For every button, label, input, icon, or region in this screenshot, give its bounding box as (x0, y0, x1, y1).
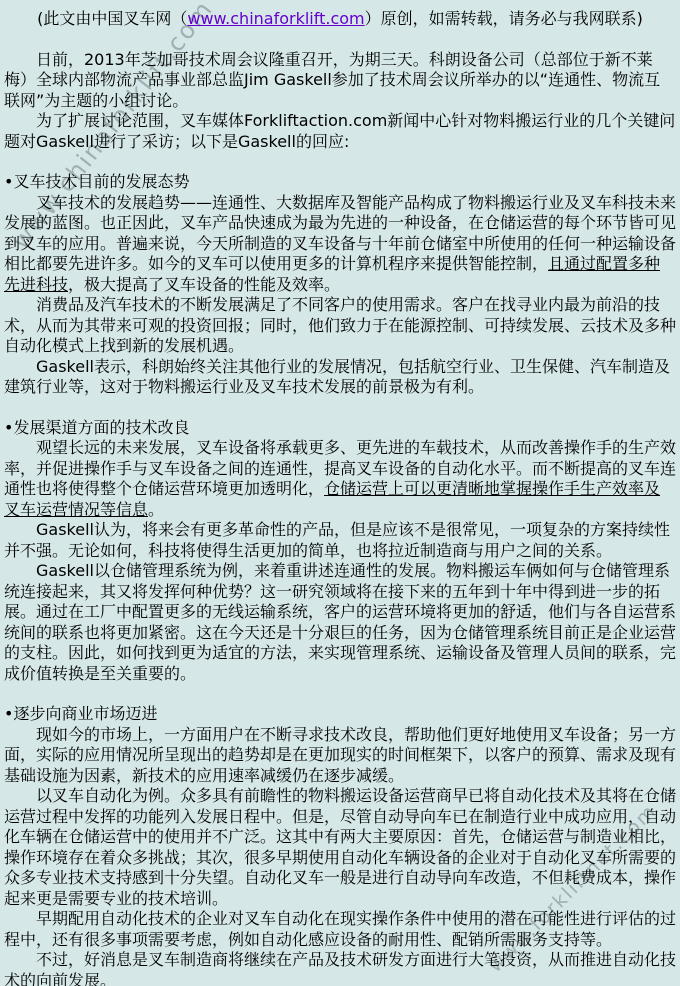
document-page: www.chinaforklift.com www.forkliftnet.co… (0, 0, 680, 986)
article-section: •叉车技术目前的发展态势叉车技术的发展趋势——连通性、大数据库及智能产品构成了物… (4, 172, 676, 398)
attribution-prefix: (此文由中国叉车网（ (37, 9, 187, 28)
article-section: •逐步向商业市场迈进现如今的市场上，一方面用户在不断寻求技术改良，帮助他们更好地… (4, 704, 676, 986)
text-segment: 日前，2013年芝加哥技术周会议隆重召开，为期三天。科朗设备公司（总部位于新不莱… (4, 50, 660, 110)
text-segment: 消费品及汽车技术的不断发展满足了不同客户的使用需求。客户在找寻业内最为前沿的技术… (4, 295, 676, 355)
paragraph: 观望长远的未来发展，叉车设备将承载更多、更先进的车载技术，从而改善操作手的生产效… (4, 438, 676, 520)
text-segment: 不过，好消息是叉车制造商将继续在产品及技术研发方面进行大笔投资，从而推进自动化技… (4, 950, 676, 986)
article-section: 日前，2013年芝加哥技术周会议隆重召开，为期三天。科朗设备公司（总部位于新不莱… (4, 50, 676, 153)
text-segment: 以叉车自动化为例。众多具有前瞻性的物料搬运设备运营商早已将自动化技术及其将在仓储… (4, 786, 676, 908)
site-link[interactable]: www.chinaforklift.com (187, 9, 364, 28)
text-segment: Gaskell表示，科朗始终关注其他行业的发展情况，包括航空行业、卫生保健、汽车… (4, 357, 670, 397)
paragraph: Gaskell认为，将来会有更多革命性的产品，但是应该不是很常见，一项复杂的方案… (4, 520, 676, 561)
paragraph: Gaskell表示，科朗始终关注其他行业的发展情况，包括航空行业、卫生保健、汽车… (4, 357, 676, 398)
paragraph: 日前，2013年芝加哥技术周会议隆重召开，为期三天。科朗设备公司（总部位于新不莱… (4, 50, 676, 112)
section-heading: •逐步向商业市场迈进 (4, 704, 676, 725)
text-segment: 现如今的市场上，一方面用户在不断寻求技术改良，帮助他们更好地使用叉车设备；另一方… (4, 725, 676, 785)
paragraph: 以叉车自动化为例。众多具有前瞻性的物料搬运设备运营商早已将自动化技术及其将在仓储… (4, 786, 676, 909)
text-segment: 。 (148, 500, 164, 519)
paragraph: 消费品及汽车技术的不断发展满足了不同客户的使用需求。客户在找寻业内最为前沿的技术… (4, 295, 676, 357)
article-section: •发展渠道方面的技术改良观望长远的未来发展，叉车设备将承载更多、更先进的车载技术… (4, 418, 676, 685)
text-segment: Gaskell以仓储管理系统为例，来着重讲述连通性的发展。物料搬运车俩如何与仓储… (4, 561, 676, 683)
text-segment: 为了扩展讨论范围，叉车媒体Forkliftaction.com新闻中心针对物料搬… (4, 111, 675, 151)
article-content: (此文由中国叉车网（www.chinaforklift.com）原创，如需转载，… (0, 0, 680, 986)
attribution-suffix: ）原创，如需转载，请务必与我网联系) (365, 9, 643, 28)
paragraph: 叉车技术的发展趋势——连通性、大数据库及智能产品构成了物料搬运行业及叉车科技未来… (4, 193, 676, 296)
attribution-line: (此文由中国叉车网（www.chinaforklift.com）原创，如需转载，… (4, 9, 676, 30)
text-segment: ，极大提高了叉车设备的性能及效率。 (68, 275, 340, 294)
text-segment: Gaskell认为，将来会有更多革命性的产品，但是应该不是很常见，一项复杂的方案… (4, 520, 670, 560)
paragraph: 早期配用自动化技术的企业对叉车自动化在现实操作条件中使用的潜在可能性进行评估的过… (4, 909, 676, 950)
section-heading: •发展渠道方面的技术改良 (4, 418, 676, 439)
paragraph: 不过，好消息是叉车制造商将继续在产品及技术研发方面进行大笔投资，从而推进自动化技… (4, 950, 676, 986)
article-body: 日前，2013年芝加哥技术周会议隆重召开，为期三天。科朗设备公司（总部位于新不莱… (4, 50, 676, 986)
paragraph: 现如今的市场上，一方面用户在不断寻求技术改良，帮助他们更好地使用叉车设备；另一方… (4, 725, 676, 787)
paragraph: 为了扩展讨论范围，叉车媒体Forkliftaction.com新闻中心针对物料搬… (4, 111, 676, 152)
section-heading: •叉车技术目前的发展态势 (4, 172, 676, 193)
text-segment: 早期配用自动化技术的企业对叉车自动化在现实操作条件中使用的潜在可能性进行评估的过… (4, 909, 676, 949)
paragraph: Gaskell以仓储管理系统为例，来着重讲述连通性的发展。物料搬运车俩如何与仓储… (4, 561, 676, 684)
